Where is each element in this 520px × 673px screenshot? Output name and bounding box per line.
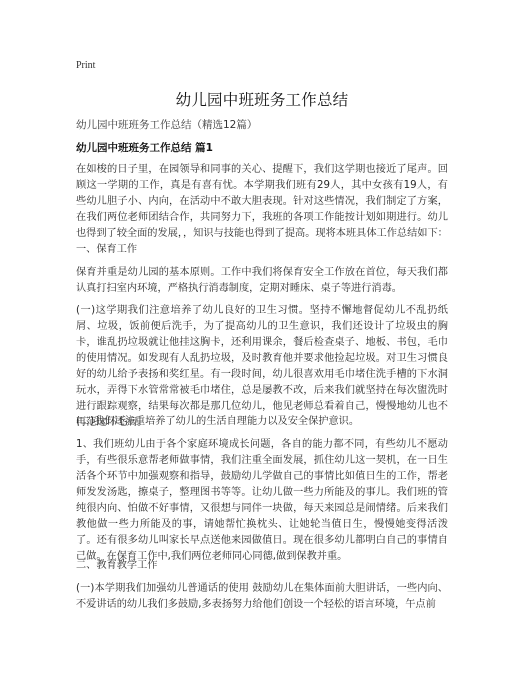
- page-title: 幼儿园中班班务工作总结: [76, 88, 448, 110]
- heading-childcare: 一、保育工作: [76, 240, 137, 255]
- paragraph-self-care-detail: 1、我们班幼儿由于各个家庭环境成长问题，各自的能力都不同，有些幼儿不愿动手，有些…: [76, 437, 448, 565]
- intro-paragraph: 在如梭的日子里，在园领导和同事的关心、提醒下，我们这学期也接近了尾声。回顾这一学…: [76, 162, 448, 242]
- paragraph-mandarin: (一)本学期我们加强幼儿普通话的使用 鼓励幼儿在集体面前大胆讲话，一些内向、不爱…: [76, 581, 448, 613]
- heading-education: 二、教育教学工作: [76, 556, 158, 571]
- paragraph-self-care: (二)我们还注重培养了幼儿的生活自理能力以及安全保护意识。: [76, 412, 359, 427]
- print-link[interactable]: Print: [76, 60, 95, 71]
- section-heading: 幼儿园中班班务工作总结 篇1: [76, 140, 213, 155]
- document-subtitle: 幼儿园中班班务工作总结（精选12篇）: [76, 117, 257, 132]
- paragraph-childcare-principle: 保育并重是幼儿园的基本原则。工作中我们将保育安全工作放在首位，每天我们都认真打扫…: [76, 265, 448, 297]
